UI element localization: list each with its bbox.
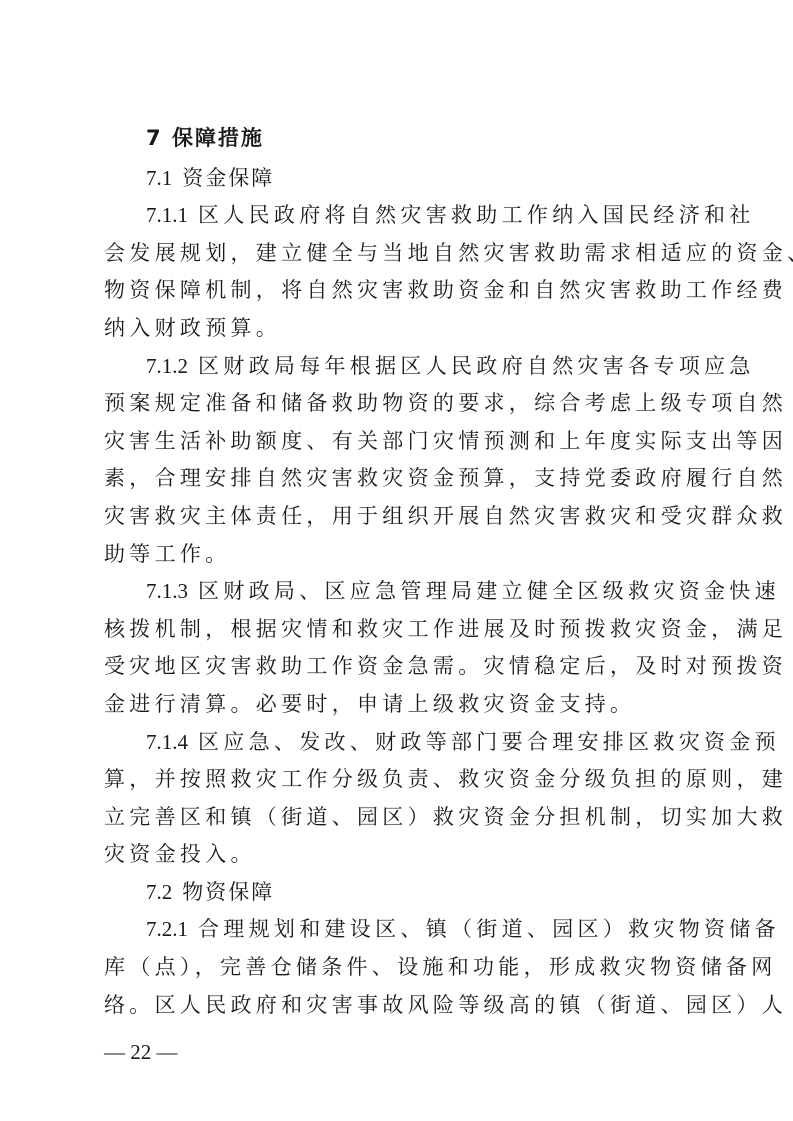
text-line: 会发展规划，建立健全与当地自然灾害救助需求相适应的资金、	[104, 235, 688, 273]
subsection-title: 物资保障	[182, 880, 274, 904]
text-line: 金进行清算。必要时，申请上级救灾资金支持。	[104, 686, 688, 724]
text-line: 区应急、发改、财政等部门要合理安排区救灾资金预	[198, 730, 780, 754]
text-line: 库（点），完善仓储条件、设施和功能，形成救灾物资储备网	[104, 949, 688, 987]
text-line: 区财政局、区应急管理局建立健全区级救灾资金快速	[198, 579, 780, 603]
section-title: 保障措施	[172, 126, 264, 150]
text-line: 合理规划和建设区、镇（街道、园区）救灾物资储备	[198, 917, 780, 941]
paragraph-7-1-4: 7.1.4区应急、发改、财政等部门要合理安排区救灾资金预 算，并按照救灾工作分级…	[104, 724, 688, 874]
clause-number: 7.1.2	[146, 354, 188, 378]
paragraph-7-1-3: 7.1.3区财政局、区应急管理局建立健全区级救灾资金快速 核拨机制，根据灾情和救…	[104, 573, 688, 723]
clause-number: 7.2.1	[146, 917, 188, 941]
clause-number: 7.1.3	[146, 579, 188, 603]
text-line: 区财政局每年根据区人民政府自然灾害各专项应急	[198, 354, 755, 378]
text-line: 物资保障机制，将自然灾害救助资金和自然灾害救助工作经费	[104, 272, 688, 310]
text-line: 灾资金投入。	[104, 836, 688, 874]
text-line: 纳入财政预算。	[104, 310, 688, 348]
text-line: 络。区人民政府和灾害事故风险等级高的镇（街道、园区）人	[104, 987, 688, 1025]
text-line: 区人民政府将自然灾害救助工作纳入国民经济和社	[198, 203, 755, 227]
text-line: 预案规定准备和储备救助物资的要求，综合考虑上级专项自然	[104, 385, 688, 423]
clause-number: 7.1.4	[146, 730, 188, 754]
page-number: — 22 —	[104, 1040, 178, 1065]
text-line: 灾害生活补助额度、有关部门灾情预测和上年度实际支出等因	[104, 423, 688, 461]
text-line: 灾害救灾主体责任，用于组织开展自然灾害救灾和受灾群众救	[104, 498, 688, 536]
text-line: 算，并按照救灾工作分级负责、救灾资金分级负担的原则，建	[104, 761, 688, 799]
text-line: 立完善区和镇（街道、园区）救灾资金分担机制，切实加大救	[104, 799, 688, 837]
subsection-heading-7-2: 7.2物资保障	[104, 874, 688, 912]
subsection-heading-7-1: 7.1资金保障	[104, 160, 688, 198]
paragraph-7-2-1: 7.2.1合理规划和建设区、镇（街道、园区）救灾物资储备 库（点），完善仓储条件…	[104, 911, 688, 1024]
clause-number: 7.1.1	[146, 203, 188, 227]
text-line: 受灾地区灾害救助工作资金急需。灾情稳定后，及时对预拨资	[104, 648, 688, 686]
document-page: 7 保障措施 7.1资金保障 7.1.1区人民政府将自然灾害救助工作纳入国民经济…	[104, 120, 688, 1024]
subsection-number: 7.1	[146, 166, 172, 190]
paragraph-7-1-1: 7.1.1区人民政府将自然灾害救助工作纳入国民经济和社 会发展规划，建立健全与当…	[104, 197, 688, 347]
text-line: 素，合理安排自然灾害救灾资金预算，支持党委政府履行自然	[104, 460, 688, 498]
text-line: 核拨机制，根据灾情和救灾工作进展及时预拨救灾资金，满足	[104, 611, 688, 649]
section-heading: 7 保障措施	[104, 120, 688, 158]
paragraph-7-1-2: 7.1.2区财政局每年根据区人民政府自然灾害各专项应急 预案规定准备和储备救助物…	[104, 348, 688, 574]
text-line: 助等工作。	[104, 536, 688, 574]
section-number: 7	[146, 126, 163, 150]
subsection-title: 资金保障	[182, 166, 274, 190]
subsection-number: 7.2	[146, 880, 172, 904]
